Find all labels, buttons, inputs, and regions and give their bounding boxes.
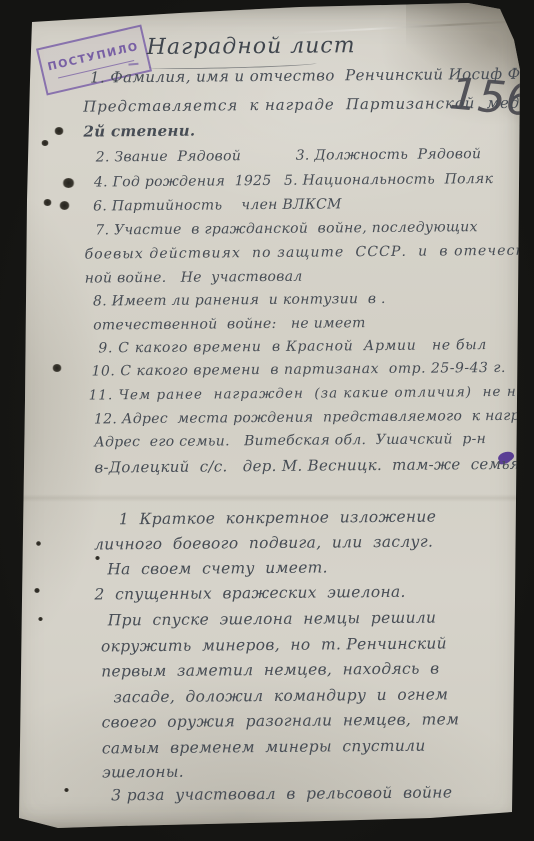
line-participation-3: ной войне. Не участвовал — [85, 269, 303, 287]
line-wounds-1: 8. Имеет ли ранения и контузии в . — [93, 291, 386, 310]
line-feat-5: первым заметил немцев, находясь в — [101, 660, 439, 681]
line-address-3: в-Долецкий с/с. дер. М. Весницк. там-же … — [94, 455, 520, 477]
line-wounds-2: отечественной войне: не имеет — [93, 315, 366, 333]
line-feat-heading-1: 1 Краткое конкретное изложение — [119, 508, 436, 529]
line-birth-year: 4. Год рождения 1925 — [94, 173, 272, 191]
line-feat-4: окружить минеров, но т. Ренчинский — [101, 634, 447, 655]
document-title: Наградной лист — [147, 33, 356, 60]
line-feat-3: При спуске эшелона немцы решили — [108, 609, 437, 630]
line-address-2: Адрес его семьи. Витебская обл. Ушачский… — [94, 431, 486, 450]
line-position: 3. Должность Рядовой — [296, 146, 482, 164]
handwriting-layer: Наградной лист 1. Фамилия, имя и отчеств… — [0, 0, 534, 841]
scanned-document-photo: ПОСТУПИЛО 156 Наградной лист 1. Фамилия,… — [0, 0, 534, 841]
line-address-1: 12. Адрес места рождения представляемого… — [94, 408, 534, 428]
line-partisan-since: 10. С какого времени в партизанах отр. 2… — [91, 360, 505, 380]
line-feat-7: своего оружия разогнали немцев, тем — [102, 710, 460, 731]
line-feat-2: 2 спущенных вражеских эшелона. — [94, 583, 405, 604]
line-award: Представляется к награде Партизанской ме… — [83, 93, 534, 115]
line-feat-1: На своем счету имеет. — [107, 558, 328, 578]
line-feat-heading-2: личного боевого подвига, или заслуг. — [94, 533, 433, 554]
line-feat-10: 3 раза участвовал в рельсовой войне — [111, 783, 452, 804]
line-feat-8: самым временем минеры спустили — [102, 737, 426, 758]
line-feat-6: засаде, доложил командиру и огнем — [113, 685, 448, 706]
line-participation-2: боевых действиях по защите СССР. и в оте… — [84, 242, 534, 262]
line-name: 1. Фамилия, имя и отчество Ренчинский Ио… — [90, 64, 534, 86]
line-party: 6. Партийность член ВЛКСМ — [93, 196, 342, 214]
line-red-army: 9. С какого времени в Красной Армии не б… — [98, 337, 487, 356]
line-award-degree: 2й степени. — [83, 122, 195, 141]
line-nationality: 5. Национальность Поляк — [284, 171, 493, 189]
line-prior-awards: 11. Чем ранее награжден (за какие отличи… — [89, 383, 534, 404]
line-feat-9: эшелоны. — [102, 763, 184, 782]
line-rank: 2. Звание Рядовой — [96, 148, 242, 165]
line-participation-1: 7. Участие в гражданской войне, последую… — [95, 219, 478, 238]
award-sheet-page: ПОСТУПИЛО 156 Наградной лист 1. Фамилия,… — [0, 0, 534, 841]
